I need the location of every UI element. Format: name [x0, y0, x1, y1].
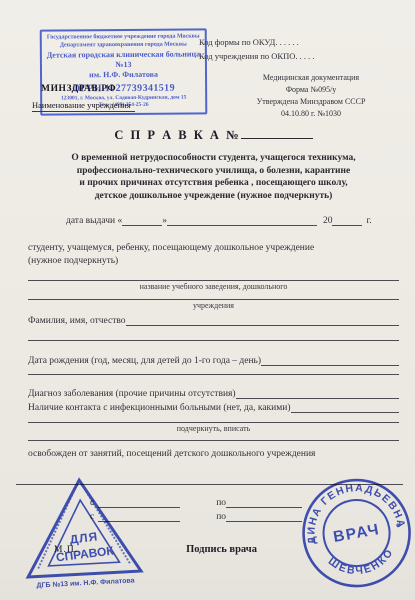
contact-field-2[interactable]	[28, 422, 399, 423]
school-name-field[interactable]	[28, 280, 399, 281]
doctor-signature-label: Подпись врача	[186, 544, 257, 555]
subtitle-line: О временной нетрудоспособности студента,…	[28, 152, 399, 165]
recipient-section: студенту, учащемуся, ребенку, посещающем…	[28, 242, 399, 268]
title-row: С П Р А В К А №	[28, 126, 399, 144]
round-stamp-title: ВРАЧ	[332, 521, 381, 546]
birth-date-label: Дата рождения (год, месяц, для детей до …	[28, 356, 261, 366]
issue-date-label: дата выдачи «	[66, 216, 122, 226]
issue-month-field[interactable]	[167, 215, 317, 226]
okud-code-label: Код формы по ОКУД. . . . . .	[199, 36, 409, 50]
triangle-stamp-line1: ДЛЯ	[69, 529, 99, 546]
form-codes-block: Код формы по ОКУД. . . . . . Код учрежде…	[199, 36, 409, 120]
birth-date-row: Дата рождения (год, месяц, для детей до …	[28, 355, 399, 366]
doc-type-label: Медицинская документация	[217, 72, 405, 84]
fio-field[interactable]	[126, 315, 399, 326]
contact-field[interactable]	[291, 402, 400, 413]
subtitle-line: и прочих причинах отсутствия ребенка , п…	[28, 177, 399, 190]
hospital-name-2: им. Н.Ф. Филатова	[44, 70, 203, 81]
okpo-code-label: Код учреждения по ОКПО. . . . .	[199, 50, 409, 64]
fio-field-2[interactable]	[28, 340, 399, 341]
school-name-caption-2: учреждения	[28, 301, 399, 310]
underline-hint: (нужное подчеркнуть)	[28, 255, 399, 268]
triangle-stamp: ДЛЯ СПРАВОК ДГБ №13 им. Н.Ф. Филатова	[19, 471, 149, 598]
diagnosis-row: Диагноз заболевания (прочие причины отсу…	[28, 388, 399, 399]
birth-date-field[interactable]	[261, 355, 399, 366]
school-name-field-2[interactable]	[28, 299, 399, 300]
school-name-caption: название учебного заведения, дошкольного	[28, 282, 399, 291]
issue-day-field[interactable]	[122, 215, 162, 226]
medical-doc-block: Медицинская документация Форма №095/у Ут…	[217, 72, 405, 120]
year-suffix: г.	[366, 216, 371, 226]
triangle-stamp-graphic: ДЛЯ СПРАВОК ДГБ №13 им. Н.Ф. Филатова	[19, 471, 149, 593]
form-number-label: Форма №095/у	[217, 84, 405, 96]
stamp-line: Департамент здравоохранения города Москв…	[44, 41, 203, 50]
to-label: по	[216, 498, 226, 508]
approved-by-label: Утверждена Минздравом СССР	[217, 96, 405, 108]
round-stamp-graphic: ДИНА ГЕННАДЬЕВНА ШЕВЧЕНКО * * ВРАЧ	[291, 467, 415, 599]
diagnosis-label: Диагноз заболевания (прочие причины отсу…	[28, 389, 236, 399]
fio-row: Фамилия, имя, отчество	[28, 315, 399, 326]
institution-name-label: Наименование учреждения	[32, 100, 135, 112]
released-field[interactable]	[28, 440, 399, 441]
contact-label: Наличие контакта с инфекционными больным…	[28, 403, 291, 413]
issue-year-field[interactable]	[332, 215, 362, 226]
subtitle-line: детское дошкольное учреждение (нужное по…	[28, 190, 399, 203]
certificate-form-page: Государственное бюджетное учреждение гор…	[0, 0, 415, 600]
triangle-stamp-hospital: ДГБ №13 им. Н.Ф. Филатова	[36, 576, 134, 589]
underline-write-caption: подчеркнуть, вписать	[28, 424, 399, 433]
triangle-stamp-line2: СПРАВОК	[55, 543, 115, 564]
minzdrav-overlay-text: МИНЗДРАВ.РФ	[41, 84, 116, 94]
contact-row: Наличие контакта с инфекционными больным…	[28, 402, 399, 413]
released-label: освобожден от занятий, посещений детског…	[28, 448, 399, 461]
to-date-field-2[interactable]	[226, 511, 302, 522]
issue-date-row: дата выдачи «»20г.	[66, 215, 399, 226]
fio-label: Фамилия, имя, отчество	[28, 316, 126, 326]
to-date-field-1[interactable]	[226, 497, 302, 508]
approval-date-label: 04.10.80 г. №1030	[217, 108, 405, 120]
subtitle-line: профессионально-технического училища, о …	[28, 165, 399, 178]
hospital-name: Детская городская клиническая больница №…	[44, 49, 203, 69]
diagnosis-field[interactable]	[236, 388, 399, 399]
doctor-round-stamp: ДИНА ГЕННАДЬЕВНА ШЕВЧЕНКО * * ВРАЧ	[291, 467, 415, 600]
form-subtitle: О временной нетрудоспособности студента,…	[28, 152, 399, 202]
recipient-label: студенту, учащемуся, ребенку, посещающем…	[28, 242, 399, 255]
year-prefix: 20	[323, 216, 333, 226]
to-label: по	[216, 512, 226, 522]
birth-date-field-2[interactable]	[28, 374, 399, 375]
certificate-number-field[interactable]	[241, 128, 313, 139]
page-title: С П Р А В К А №	[114, 128, 240, 142]
